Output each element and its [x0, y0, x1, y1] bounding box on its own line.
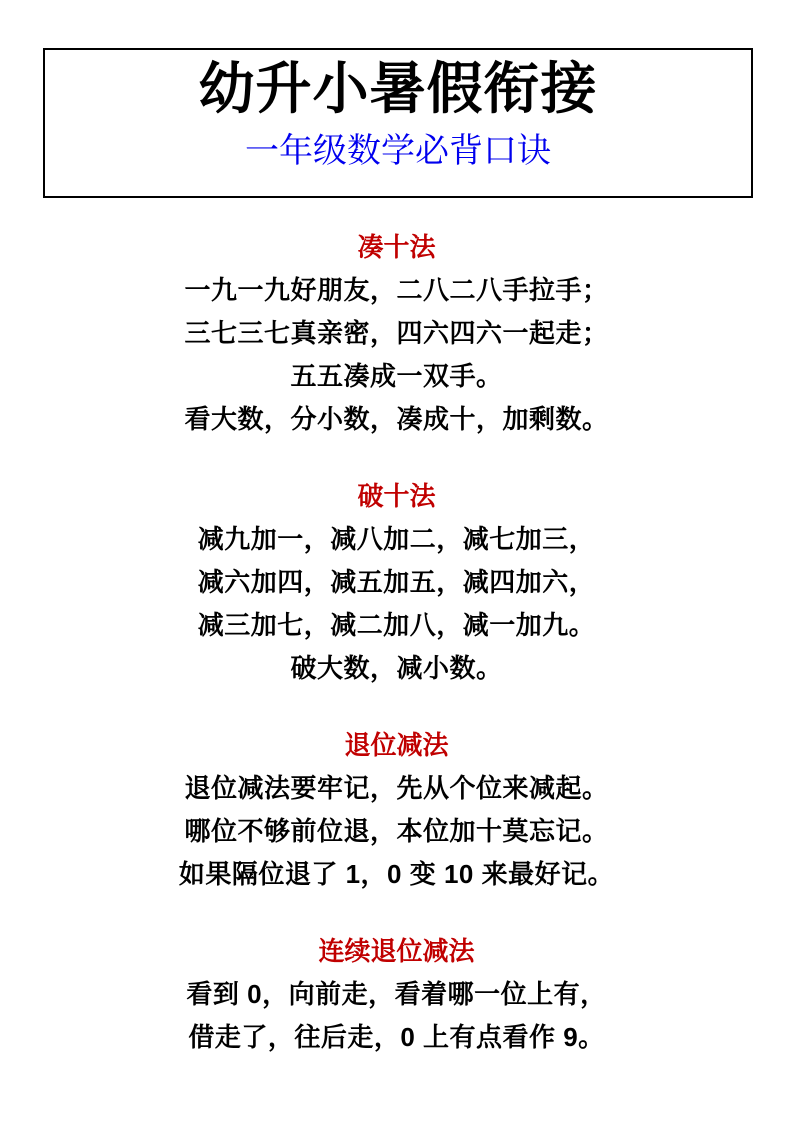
verse-line: 退位减法要牢记，先从个位来减起。: [0, 767, 793, 810]
section-heading: 破十法: [0, 475, 793, 518]
verse-line: 五五凑成一双手。: [0, 355, 793, 398]
section-coushifa: 凑十法 一九一九好朋友，二八二八手拉手； 三七三七真亲密，四六四六一起走； 五五…: [0, 226, 793, 441]
section-lianxu-tuiwei-jianfa: 连续退位减法 看到 0，向前走，看着哪一位上有， 借走了，往后走，0 上有点看作…: [0, 930, 793, 1059]
document-body: 凑十法 一九一九好朋友，二八二八手拉手； 三七三七真亲密，四六四六一起走； 五五…: [0, 226, 793, 1093]
verse-line: 破大数，减小数。: [0, 647, 793, 690]
verse-line: 减三加七，减二加八，减一加九。: [0, 604, 793, 647]
verse-line: 减六加四，减五加五，减四加六，: [0, 561, 793, 604]
verse-line: 减九加一，减八加二，减七加三，: [0, 518, 793, 561]
page-title: 幼升小暑假衔接: [199, 54, 598, 126]
document-page: 幼升小暑假衔接 一年级数学必背口诀 凑十法 一九一九好朋友，二八二八手拉手； 三…: [0, 0, 793, 1122]
verse-line: 哪位不够前位退，本位加十莫忘记。: [0, 810, 793, 853]
title-box: 幼升小暑假衔接 一年级数学必背口诀: [43, 48, 753, 198]
section-heading: 连续退位减法: [0, 930, 793, 973]
section-poshifa: 破十法 减九加一，减八加二，减七加三， 减六加四，减五加五，减四加六， 减三加七…: [0, 475, 793, 690]
section-heading: 退位减法: [0, 724, 793, 767]
verse-line: 如果隔位退了 1，0 变 10 来最好记。: [0, 853, 793, 896]
verse-line: 看大数，分小数，凑成十，加剩数。: [0, 398, 793, 441]
verse-line: 借走了，往后走，0 上有点看作 9。: [0, 1016, 793, 1059]
verse-line: 一九一九好朋友，二八二八手拉手；: [0, 269, 793, 312]
section-heading: 凑十法: [0, 226, 793, 269]
page-subtitle: 一年级数学必背口诀: [245, 130, 551, 174]
verse-line: 看到 0，向前走，看着哪一位上有，: [0, 973, 793, 1016]
section-tuiwei-jianfa: 退位减法 退位减法要牢记，先从个位来减起。 哪位不够前位退，本位加十莫忘记。 如…: [0, 724, 793, 896]
verse-line: 三七三七真亲密，四六四六一起走；: [0, 312, 793, 355]
